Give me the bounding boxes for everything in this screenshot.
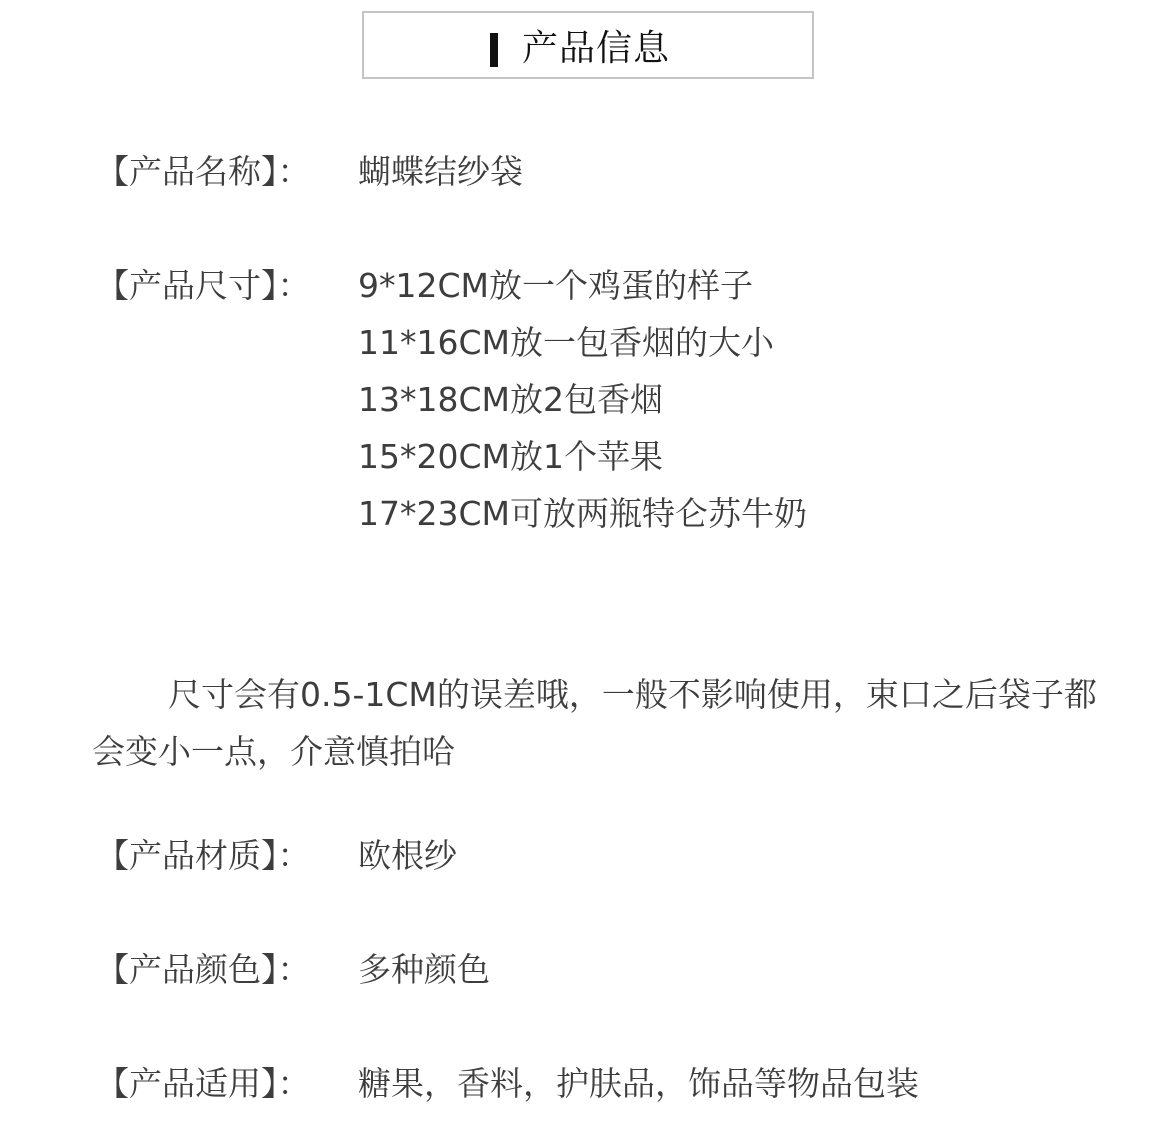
product-name-value: 蝴蝶结纱袋 — [358, 152, 523, 192]
product-name-label: 【产品名称】： — [96, 152, 358, 192]
product-material-label: 【产品材质】： — [96, 836, 358, 876]
product-name-row: 【产品名称】：蝴蝶结纱袋 — [96, 152, 523, 192]
product-color-value: 多种颜色 — [358, 950, 490, 990]
product-size-line: 13*18CM放2包香烟 — [358, 380, 663, 420]
product-size-line: 9*12CM放一个鸡蛋的样子 — [358, 266, 753, 306]
product-size-line: 15*20CM放1个苹果 — [358, 437, 663, 477]
product-color-row: 【产品颜色】：多种颜色 — [96, 950, 490, 990]
section-title: 产品信息 — [522, 25, 670, 73]
product-size-label: 【产品尺寸】： — [96, 266, 358, 306]
product-usage-value: 糖果，香料，护肤品，饰品等物品包装 — [358, 1064, 919, 1104]
header-accent-bar — [490, 33, 498, 67]
section-header: 产品信息 — [362, 11, 814, 79]
product-color-label: 【产品颜色】： — [96, 950, 358, 990]
product-usage-row: 【产品适用】：糖果，香料，护肤品，饰品等物品包装 — [96, 1064, 919, 1104]
product-material-value: 欧根纱 — [358, 836, 457, 876]
product-usage-label: 【产品适用】： — [96, 1064, 358, 1104]
product-size-line: 17*23CM可放两瓶特仑苏牛奶 — [358, 494, 807, 534]
product-material-row: 【产品材质】：欧根纱 — [96, 836, 457, 876]
product-size-row: 【产品尺寸】：9*12CM放一个鸡蛋的样子 — [96, 266, 753, 306]
size-tolerance-note: 尺寸会有0.5-1CM的误差哦，一般不影响使用，束口之后袋子都会变小一点，介意慎… — [92, 666, 1112, 780]
product-size-line: 11*16CM放一包香烟的大小 — [358, 323, 774, 363]
